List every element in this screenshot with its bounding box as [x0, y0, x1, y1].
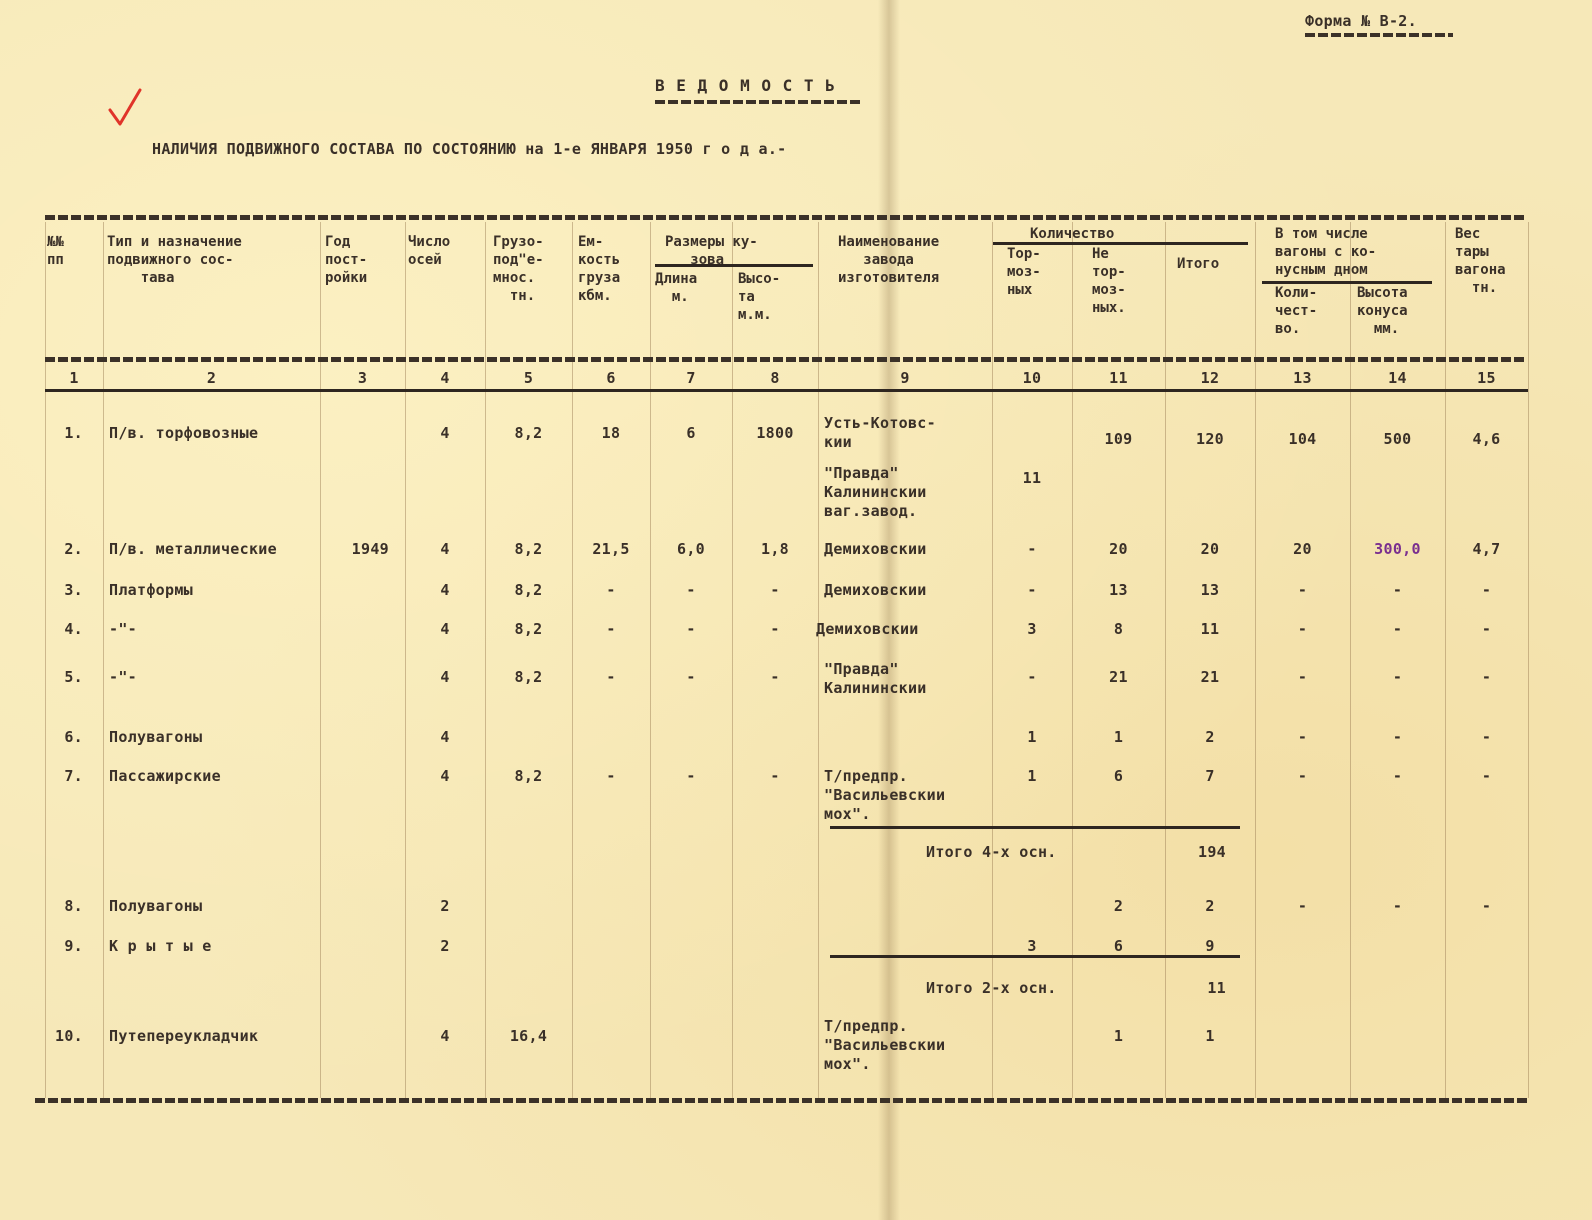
- total-count: 11: [1165, 620, 1255, 639]
- header-length: Длина м.: [655, 270, 697, 306]
- column-divider: [992, 222, 993, 1098]
- vehicle-type: Платформы: [109, 581, 193, 600]
- header-type: Тип и назначение подвижного сос- тава: [107, 233, 242, 287]
- header-volume: Ем- кость груза кбм.: [578, 233, 620, 305]
- header-total: Итого: [1177, 255, 1219, 273]
- header-row-number: №№ пп: [47, 233, 64, 269]
- vehicle-type: -"-: [109, 668, 137, 687]
- table-bottom-rule: [35, 1098, 1530, 1103]
- axle-count: 4: [405, 620, 485, 639]
- vehicle-type: Пассажирские: [109, 767, 221, 786]
- axle-count: 4: [405, 728, 485, 747]
- vehicle-type: Полувагоны: [109, 728, 202, 747]
- check-mark-icon: [108, 88, 142, 128]
- row-number: 8.: [45, 897, 83, 916]
- column-divider: [405, 222, 406, 1098]
- body-length: -: [650, 620, 732, 639]
- body-length: -: [650, 668, 732, 687]
- load-capacity: 16,4: [485, 1027, 572, 1046]
- column-divider: [1528, 222, 1529, 1098]
- cargo-volume: -: [572, 668, 650, 687]
- total-count: 1: [1165, 1027, 1255, 1046]
- build-year: 1949: [306, 540, 389, 559]
- header-height: Высо- та м.м.: [738, 270, 780, 324]
- document-subtitle: НАЛИЧИЯ ПОДВИЖНОГО СОСТАВА ПО СОСТОЯНИЮ …: [152, 140, 787, 159]
- header-cone-height: Высота конуса мм.: [1357, 284, 1408, 338]
- header-braked: Тор- моз- ных: [1007, 245, 1041, 299]
- body-height: -: [732, 620, 818, 639]
- braked-count: 1: [992, 767, 1072, 786]
- header-tare-weight: Вес тары вагона тн.: [1455, 225, 1506, 297]
- total-count: 7: [1165, 767, 1255, 786]
- total-count: 120: [1165, 430, 1255, 449]
- axle-count: 4: [405, 540, 485, 559]
- cone-count: -: [1255, 728, 1350, 747]
- column-number: 12: [1165, 369, 1255, 388]
- load-capacity: 8,2: [485, 668, 572, 687]
- column-divider: [1255, 222, 1256, 1098]
- total-count: 9: [1165, 937, 1255, 956]
- body-height: -: [732, 767, 818, 786]
- column-number: 15: [1445, 369, 1528, 388]
- row-number: 1.: [45, 424, 83, 443]
- tare-weight: -: [1445, 728, 1528, 747]
- braked-count: 1: [992, 728, 1072, 747]
- braked-count: -: [992, 540, 1072, 559]
- subtotal-4-axle-value: 194: [1160, 843, 1226, 862]
- column-divider: [1165, 222, 1166, 1098]
- header-year: Год пост- ройки: [325, 233, 367, 287]
- column-number: 4: [405, 369, 485, 388]
- load-capacity: 8,2: [485, 540, 572, 559]
- column-number: 6: [572, 369, 650, 388]
- subtotal-2-axle-value: 11: [1160, 979, 1226, 998]
- braked-count: 3: [992, 620, 1072, 639]
- column-divider: [650, 222, 651, 1098]
- unbraked-count: 109: [1072, 430, 1165, 449]
- column-number: 1: [45, 369, 103, 388]
- total-count: 20: [1165, 540, 1255, 559]
- vehicle-type: Полувагоны: [109, 897, 202, 916]
- header-bottom-rule: [45, 357, 1525, 362]
- axle-count: 4: [405, 424, 485, 443]
- subtotal-4-axle-label: Итого 4-х осн.: [926, 843, 1057, 862]
- load-capacity: 8,2: [485, 767, 572, 786]
- column-divider: [320, 222, 321, 1098]
- unbraked-count: 13: [1072, 581, 1165, 600]
- vehicle-type: П/в. торфовозные: [109, 424, 258, 443]
- cargo-volume: 21,5: [572, 540, 650, 559]
- axle-count: 4: [405, 581, 485, 600]
- body-length: 6,0: [650, 540, 732, 559]
- cargo-volume: -: [572, 620, 650, 639]
- cargo-volume: -: [572, 767, 650, 786]
- tare-weight: 4,6: [1445, 430, 1528, 449]
- header-cone-quantity: Коли- чест- во.: [1275, 284, 1317, 338]
- tare-weight: -: [1445, 668, 1528, 687]
- row-number: 10.: [45, 1027, 83, 1046]
- vehicle-type: Путепереукладчик: [109, 1027, 258, 1046]
- cone-height: -: [1350, 767, 1445, 786]
- load-capacity: 8,2: [485, 424, 572, 443]
- total-count: 13: [1165, 581, 1255, 600]
- column-divider: [103, 222, 104, 1098]
- braked-count: -: [992, 581, 1072, 600]
- header-manufacturer: Наименование завода изготовителя: [838, 233, 939, 287]
- body-length: 6: [650, 424, 732, 443]
- axle-count: 4: [405, 767, 485, 786]
- column-number-rule: [45, 389, 1528, 392]
- column-number: 11: [1072, 369, 1165, 388]
- row-number: 2.: [45, 540, 83, 559]
- unbraked-count: 8: [1072, 620, 1165, 639]
- body-length: -: [650, 767, 732, 786]
- cone-count: 104: [1255, 430, 1350, 449]
- axle-count: 2: [405, 937, 485, 956]
- total-count: 21: [1165, 668, 1255, 687]
- manufacturer: Т/предпр. "Васильевскии мох".: [824, 767, 945, 824]
- column-divider: [818, 222, 819, 1098]
- load-capacity: 8,2: [485, 581, 572, 600]
- cone-height: -: [1350, 728, 1445, 747]
- column-divider: [1445, 222, 1446, 1098]
- manufacturer: Усть-Котовс- кии: [824, 414, 936, 452]
- row-number: 4.: [45, 620, 83, 639]
- axle-count: 2: [405, 897, 485, 916]
- subtotal-2-rule: [830, 955, 1240, 958]
- cone-height: -: [1350, 668, 1445, 687]
- column-number: 2: [103, 369, 320, 388]
- cone-count: 20: [1255, 540, 1350, 559]
- cargo-volume: 18: [572, 424, 650, 443]
- column-number: 8: [732, 369, 818, 388]
- unbraked-count: 21: [1072, 668, 1165, 687]
- row-number: 3.: [45, 581, 83, 600]
- manufacturer: Демиховскии: [824, 540, 927, 559]
- header-capacity: Грузо- под"е- мнос. тн.: [493, 233, 544, 305]
- manufacturer: Демиховскии: [824, 581, 927, 600]
- braked-count: 11: [992, 469, 1072, 488]
- tare-weight: -: [1445, 620, 1528, 639]
- unbraked-count: 1: [1072, 728, 1165, 747]
- header-quantity-group: Количество: [1030, 225, 1114, 243]
- column-divider: [45, 222, 46, 1098]
- vehicle-type: П/в. металлические: [109, 540, 277, 559]
- braked-count: 3: [992, 937, 1072, 956]
- cone-count: -: [1255, 897, 1350, 916]
- title-underline: [655, 100, 860, 104]
- subtotal-4-rule: [830, 826, 1240, 829]
- subtotal-2-axle-label: Итого 2-х осн.: [926, 979, 1057, 998]
- header-cone-group: В том числе вагоны с ко- нусным дном: [1275, 225, 1376, 279]
- body-height: -: [732, 668, 818, 687]
- body-length: -: [650, 581, 732, 600]
- form-number: Форма № В-2.: [1305, 12, 1417, 31]
- tare-weight: -: [1445, 767, 1528, 786]
- manufacturer: Т/предпр. "Васильевскии мох".: [824, 1017, 945, 1074]
- body-size-group-rule: [655, 264, 813, 267]
- axle-count: 4: [405, 668, 485, 687]
- form-number-underline: [1305, 33, 1453, 37]
- column-number: 9: [818, 369, 992, 388]
- cone-count: -: [1255, 668, 1350, 687]
- body-height: 1,8: [732, 540, 818, 559]
- unbraked-count: 6: [1072, 937, 1165, 956]
- column-divider: [485, 222, 486, 1098]
- cone-count: -: [1255, 620, 1350, 639]
- row-number: 5.: [45, 668, 83, 687]
- total-count: 2: [1165, 728, 1255, 747]
- header-axles: Число осей: [408, 233, 450, 269]
- column-number: 3: [320, 369, 405, 388]
- cone-count: -: [1255, 767, 1350, 786]
- tare-weight: -: [1445, 897, 1528, 916]
- body-height: 1800: [732, 424, 818, 443]
- column-number: 13: [1255, 369, 1350, 388]
- row-number: 6.: [45, 728, 83, 747]
- total-count: 2: [1165, 897, 1255, 916]
- column-number: 10: [992, 369, 1072, 388]
- header-unbraked: Не тор- моз- ных.: [1092, 245, 1126, 317]
- column-divider: [572, 222, 573, 1098]
- body-height: -: [732, 581, 818, 600]
- table-top-rule: [45, 215, 1525, 220]
- cone-height: 300,0: [1350, 540, 1445, 559]
- cone-height: -: [1350, 581, 1445, 600]
- row-number: 9.: [45, 937, 83, 956]
- load-capacity: 8,2: [485, 620, 572, 639]
- cone-height: -: [1350, 620, 1445, 639]
- document-page: Форма № В-2. В Е Д О М О С Т Ь НАЛИЧИЯ П…: [0, 0, 1592, 1220]
- row-number: 7.: [45, 767, 83, 786]
- vehicle-type: -"-: [109, 620, 137, 639]
- unbraked-count: 2: [1072, 897, 1165, 916]
- tare-weight: 4,7: [1445, 540, 1528, 559]
- document-title: В Е Д О М О С Т Ь: [655, 76, 836, 95]
- column-divider: [1350, 222, 1351, 1098]
- tare-weight: -: [1445, 581, 1528, 600]
- unbraked-count: 20: [1072, 540, 1165, 559]
- unbraked-count: 1: [1072, 1027, 1165, 1046]
- column-number: 14: [1350, 369, 1445, 388]
- column-number: 7: [650, 369, 732, 388]
- column-number: 5: [485, 369, 572, 388]
- manufacturer: "Правда" Калининскии: [824, 660, 927, 698]
- cone-height: 500: [1350, 430, 1445, 449]
- axle-count: 4: [405, 1027, 485, 1046]
- manufacturer: "Правда" Калининскии ваг.завод.: [824, 464, 927, 521]
- column-divider: [1072, 222, 1073, 1098]
- manufacturer: Демиховскии: [816, 620, 919, 639]
- cone-height: -: [1350, 897, 1445, 916]
- column-divider: [732, 222, 733, 1098]
- cargo-volume: -: [572, 581, 650, 600]
- vehicle-type: К р ы т ы е: [109, 937, 212, 956]
- braked-count: -: [992, 668, 1072, 687]
- cone-count: -: [1255, 581, 1350, 600]
- unbraked-count: 6: [1072, 767, 1165, 786]
